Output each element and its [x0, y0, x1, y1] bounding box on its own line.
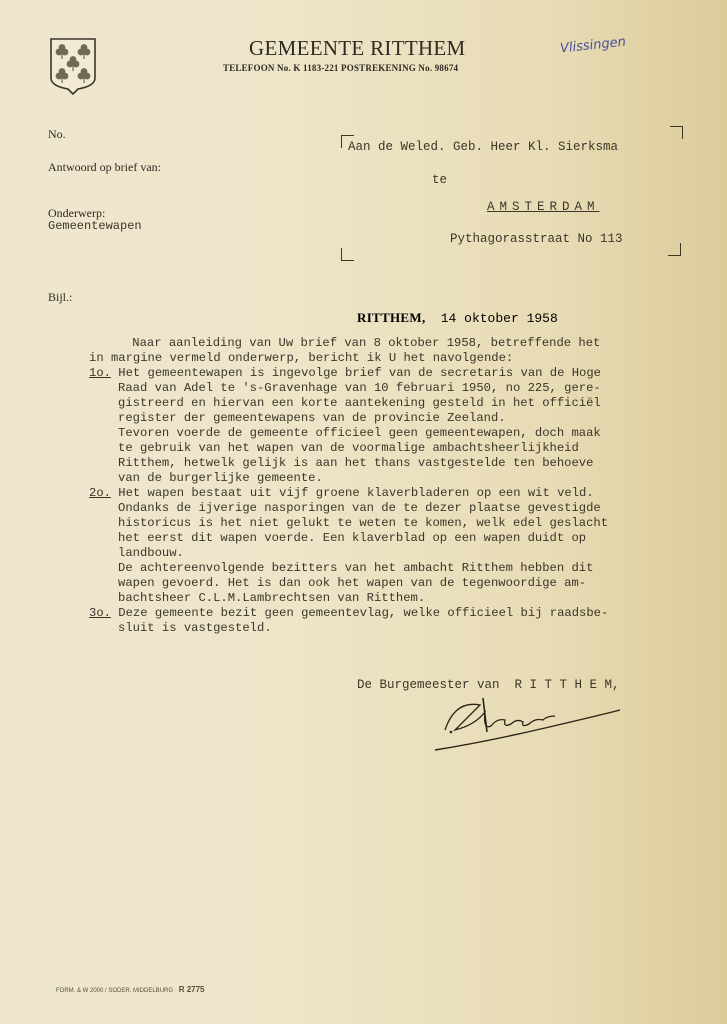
item-number: 3o. — [89, 606, 111, 620]
addressee-line: Aan de Weled. Geb. Heer Kl. Sierksma — [348, 140, 618, 154]
list-item: 2o. Het wapen bestaat uit vijf groene kl… — [89, 486, 608, 501]
address-corner-mark — [341, 248, 354, 261]
onderwerp-value: Gemeentewapen — [48, 219, 142, 233]
address-corner-mark — [668, 243, 681, 256]
letterhead-subtitle: TELEFOON No. K 1183-221 POSTREKENING No.… — [223, 63, 458, 73]
letterhead-title: GEMEENTE RITTHEM — [249, 36, 466, 61]
letter-page: GEMEENTE RITTHEM TELEFOON No. K 1183-221… — [0, 0, 727, 1024]
list-item: 3o. Deze gemeente bezit geen gemeentevla… — [89, 606, 608, 621]
address-corner-mark — [670, 126, 683, 139]
list-item: 1o. Het gemeentewapen is ingevolge brief… — [89, 366, 608, 381]
addressee-te: te — [432, 173, 447, 187]
item-number: 2o. — [89, 486, 111, 500]
intro-line: in margine vermeld onderwerp, bericht ik… — [89, 351, 608, 366]
place: RITTHEM, — [357, 310, 426, 325]
date: 14 oktober 1958 — [441, 311, 558, 326]
no-label: No. — [48, 127, 66, 142]
bijlage-label: Bijl.: — [48, 290, 72, 305]
form-footer-code: FORM. & W 2000 / SODER. MIDDELBURG R 277… — [56, 985, 204, 994]
place-date: RITTHEM, 14 oktober 1958 — [357, 310, 558, 326]
intro-line: Naar aanleiding van Uw brief van 8 oktob… — [103, 336, 608, 351]
addressee-street: Pythagorasstraat No 113 — [450, 232, 623, 246]
addressee-city: AMSTERDAM — [487, 200, 600, 214]
handwritten-note: Vlissingen — [559, 35, 626, 57]
signature-icon — [425, 690, 625, 760]
coat-of-arms-icon — [48, 36, 98, 96]
item-number: 1o. — [89, 366, 111, 380]
letter-body: Naar aanleiding van Uw brief van 8 oktob… — [103, 336, 608, 636]
antwoord-label: Antwoord op brief van: — [48, 160, 161, 175]
